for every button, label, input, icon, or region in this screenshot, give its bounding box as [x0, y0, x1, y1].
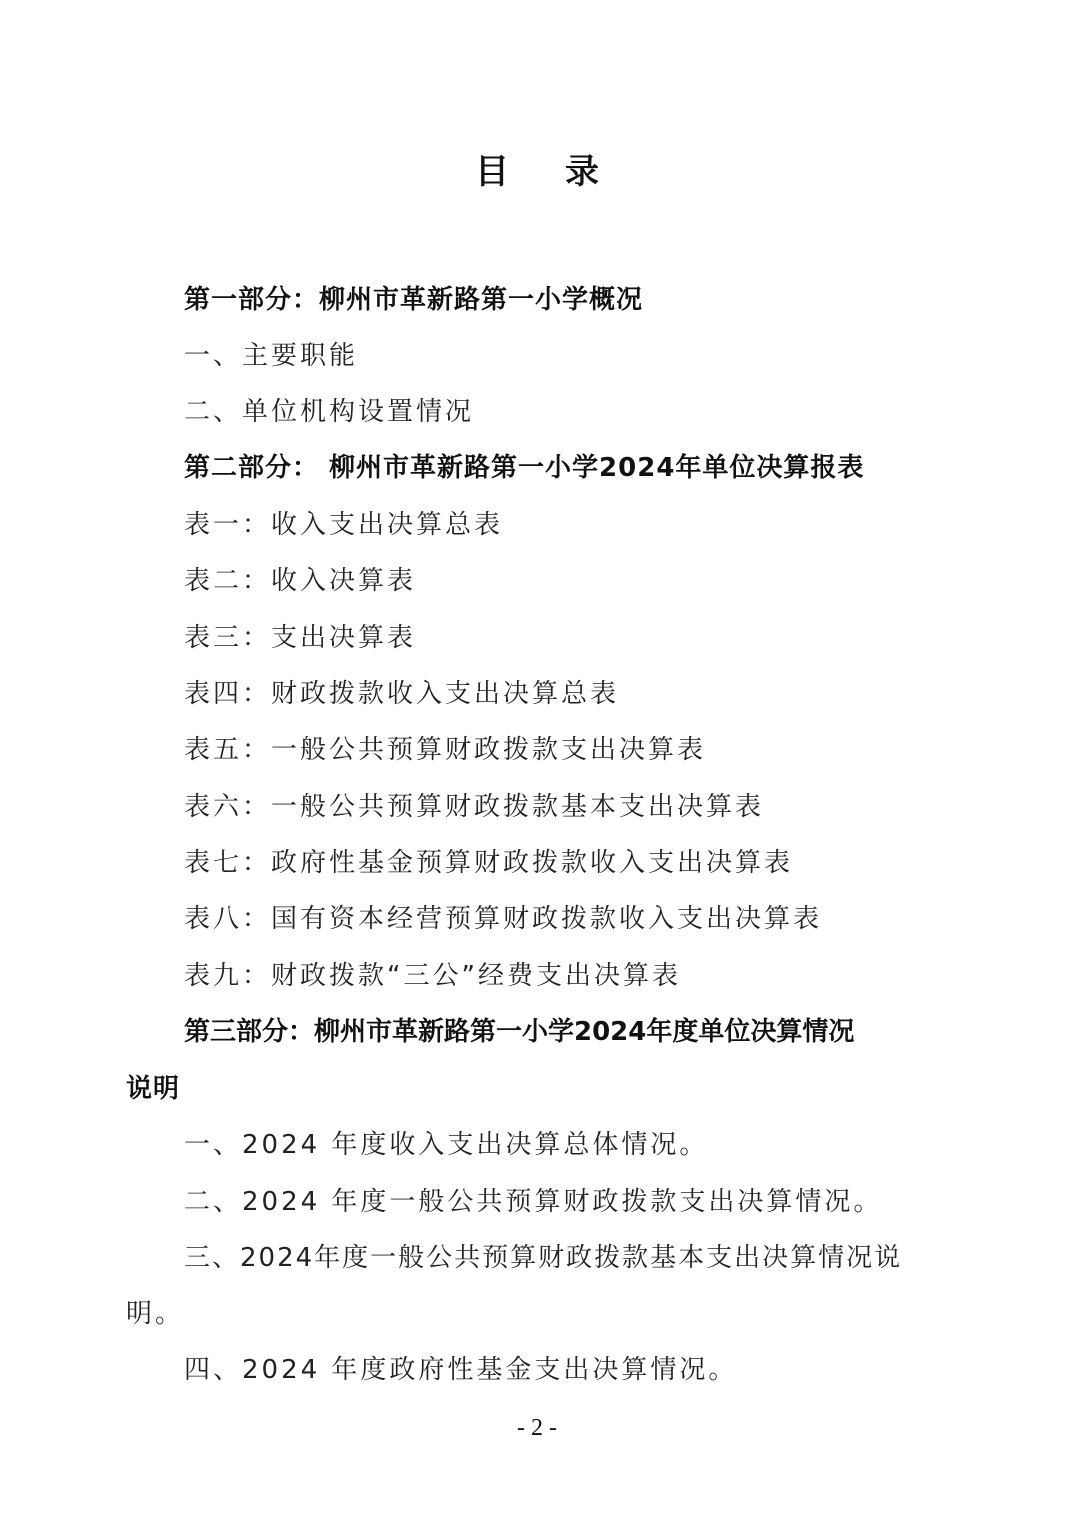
toc-item: 二、2024 年度一般公共预算财政拨款支出决算情况。 [184, 1184, 882, 1220]
toc-title-char-2: 录 [565, 152, 599, 192]
toc-item-cont: 明。 [126, 1296, 184, 1332]
toc-part1-heading: 第一部分：柳州市革新路第一小学概况 [184, 282, 643, 318]
toc-item: 表二：收入决算表 [184, 563, 416, 599]
toc-title-char-1: 目 [475, 152, 509, 192]
toc-item: 表四：财政拨款收入支出决算总表 [184, 676, 619, 712]
toc-item: 表三：支出决算表 [184, 620, 416, 656]
toc-part3-heading: 第三部分：柳州市革新路第一小学2024年度单位决算情况 [184, 1014, 854, 1050]
page-number: - 2 - [0, 1413, 1074, 1443]
toc-item: 四、2024 年度政府性基金支出决算情况。 [184, 1352, 737, 1388]
toc-item: 一、主要职能 [184, 338, 358, 374]
toc-item: 表一：收入支出决算总表 [184, 507, 503, 543]
toc-item: 三、2024年度一般公共预算财政拨款基本支出决算情况说 [184, 1240, 902, 1276]
toc-part3-heading-cont: 说明 [126, 1071, 180, 1107]
toc-part2-heading: 第二部分： 柳州市革新路第一小学2024年单位决算报表 [184, 450, 864, 486]
toc-item: 表七：政府性基金预算财政拨款收入支出决算表 [184, 845, 793, 881]
toc-item: 一、2024 年度收入支出决算总体情况。 [184, 1127, 708, 1163]
toc-item: 表九：财政拨款“三公”经费支出决算表 [184, 958, 681, 994]
toc-item: 表六：一般公共预算财政拨款基本支出决算表 [184, 789, 764, 825]
toc-item: 表八：国有资本经营预算财政拨款收入支出决算表 [184, 901, 822, 937]
toc-item: 二、单位机构设置情况 [184, 394, 474, 430]
toc-title: 目录 [0, 148, 1074, 196]
toc-item: 表五：一般公共预算财政拨款支出决算表 [184, 732, 706, 768]
document-page: 目录 第一部分：柳州市革新路第一小学概况 一、主要职能 二、单位机构设置情况 第… [0, 0, 1074, 1520]
